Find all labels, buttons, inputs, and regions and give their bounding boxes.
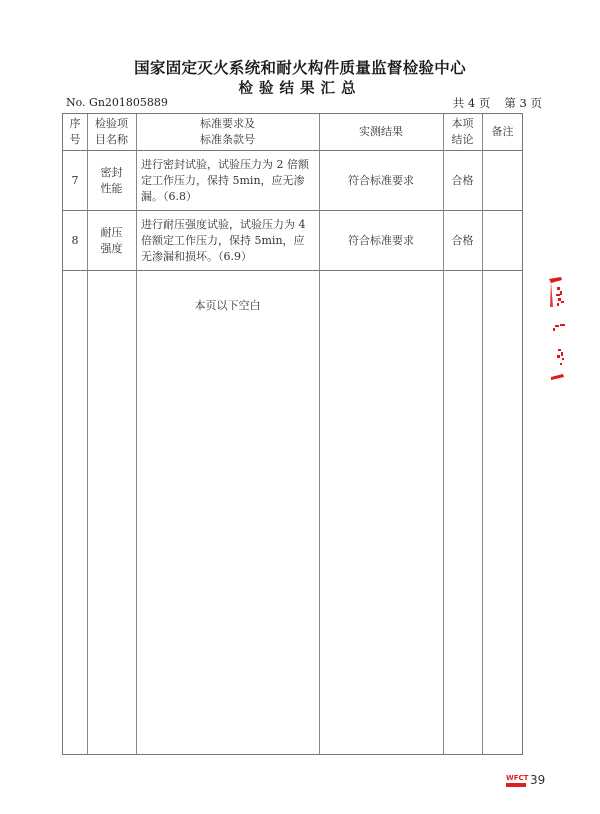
header-seq: 序 号 — [63, 114, 87, 150]
page-number: 39 — [530, 773, 545, 787]
row-7-remark — [482, 151, 523, 210]
row-8-requirement: 进行耐压强度试验，试验压力为 4 倍额定工作压力，保持 5min，应无渗漏和损坏… — [137, 211, 319, 270]
row-7-seq: 7 — [63, 151, 87, 210]
row-7-conclusion: 合格 — [443, 151, 482, 210]
divider — [443, 114, 444, 754]
row-7-item: 密封 性能 — [87, 151, 136, 210]
wfct-logo: WFCT — [506, 775, 526, 789]
header-remark: 备注 — [482, 114, 523, 150]
divider — [63, 270, 522, 271]
divider — [482, 114, 483, 754]
divider — [136, 114, 137, 754]
row-8-remark — [482, 211, 523, 270]
row-7-requirement: 进行密封试验，试验压力为 2 倍额定工作压力，保持 5min，应无渗漏。（6.8… — [137, 151, 319, 210]
page-indicator: 共 4 页 第 3 页 — [453, 95, 542, 111]
logo-bar — [506, 783, 526, 787]
divider — [87, 114, 88, 754]
current-page: 第 3 页 — [504, 95, 542, 111]
row-8-result: 符合标准要求 — [319, 211, 443, 270]
header-result: 实测结果 — [319, 114, 443, 150]
results-table: 序 号 检验项 目名称 标准要求及 标准条款号 实测结果 本项 结论 备注 7 … — [62, 113, 523, 755]
row-8-seq: 8 — [63, 211, 87, 270]
header-item: 检验项 目名称 — [87, 114, 136, 150]
header-requirement: 标准要求及 标准条款号 — [136, 114, 319, 150]
report-number: No. Gn201805889 — [66, 96, 168, 109]
row-7-result: 符合标准要求 — [319, 151, 443, 210]
blank-page-note: 本页以下空白 — [136, 296, 319, 316]
organization-title: 国家固定灭火系统和耐火构件质量监督检验中心 — [0, 56, 600, 78]
row-8-item: 耐压 强度 — [87, 211, 136, 270]
header-conclusion: 本项 结论 — [443, 114, 482, 150]
total-pages: 共 4 页 — [453, 95, 491, 111]
row-8-conclusion: 合格 — [443, 211, 482, 270]
divider — [319, 114, 320, 754]
seal-stamp-icon — [545, 277, 573, 382]
